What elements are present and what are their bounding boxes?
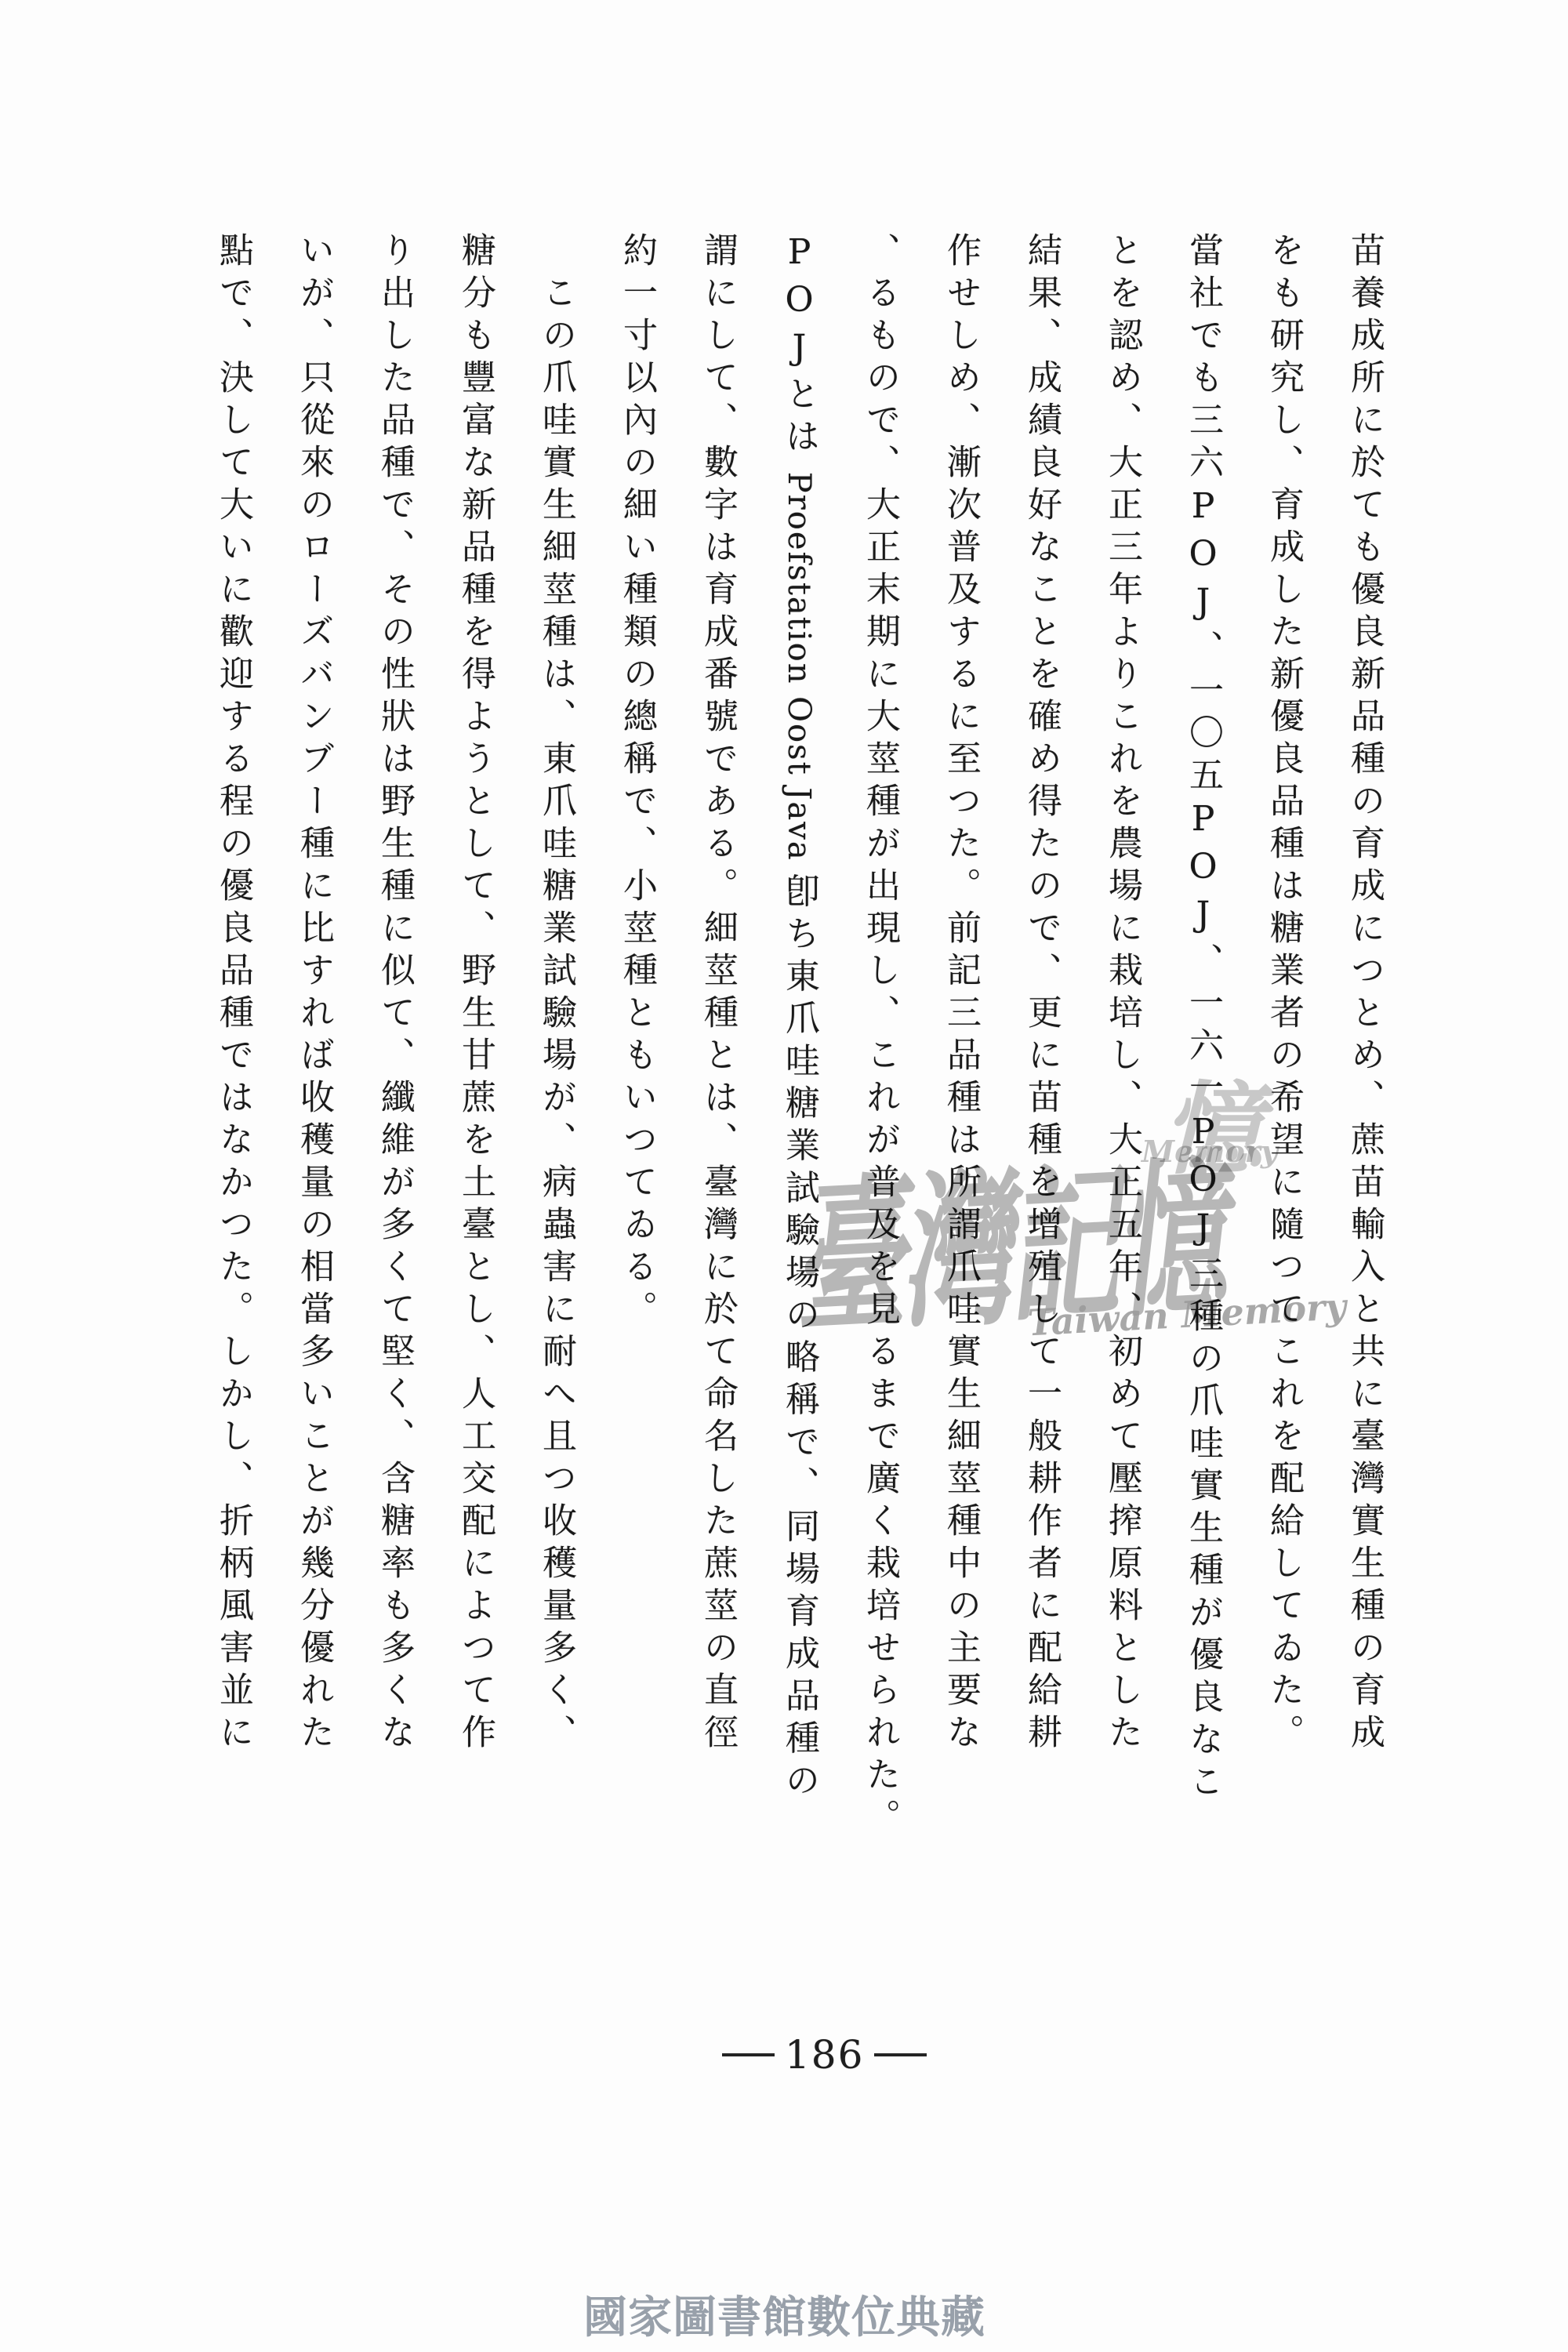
text-run: り出した品種で、その性狀は野生種に似て、纖維が多くて堅く、含糖率も多くな xyxy=(375,232,415,1756)
scanned-document-page: 苗養成所に於ても優良新品種の育成につとめ、蔗苗輸入と共に臺灣實生種の育成をも研究… xyxy=(0,0,1568,2352)
text-run: POJ xyxy=(1183,799,1223,942)
page-number-rule-left xyxy=(722,2053,775,2056)
page-number: 186 xyxy=(785,2035,864,2074)
library-footer-label: 國家圖書館數位典藏 xyxy=(583,2283,985,2346)
text-run: 糖分も豐富な新品種を得ようとして、野生甘蔗を土臺とし、人工交配によつて作 xyxy=(456,232,495,1756)
text-run: いが、只從來のローズバンブー種に比すれば收穫量の相當多いことが幾分優れた xyxy=(294,232,334,1756)
text-run: 點で、決して大いに歡迎する程の優良品種ではなかつた。しかし、折柄風害並に xyxy=(213,232,253,1756)
text-column-11: この爪哇實生細莖種は、東爪哇糖業試驗場が、病蟲害に耐へ且つ收穫量多く、 xyxy=(516,232,597,1847)
text-run: 謂にして、數字は育成番號である。細莖種とは、臺灣に於て命名した蔗莖の直徑 xyxy=(698,232,738,1756)
text-column-5: 結果、成績良好なことを確め得たので、更に苗種を增殖して一般耕作者に配給耕 xyxy=(1001,232,1082,1847)
latin-run: Proefstation Oost Java xyxy=(781,460,817,873)
text-column-9: 謂にして、數字は育成番號である。細莖種とは、臺灣に於て命名した蔗莖の直徑 xyxy=(677,232,758,1847)
text-column-8: POJとは Proefstation Oost Java 卽ち東爪哇糖業試驗場の… xyxy=(758,232,840,1847)
text-column-4: とを認め、大正三年よりこれを農場に栽培し、大正五年、初めて壓搾原料とした xyxy=(1082,232,1163,1847)
text-run: POJ xyxy=(1183,486,1223,630)
text-run: とは xyxy=(779,376,819,460)
text-run: 三種の爪哇實生種が優良なこ xyxy=(1183,1255,1223,1806)
text-run: POJ xyxy=(779,232,819,376)
text-column-10: 約一寸以內の細い種類の總稱で、小莖種ともいつてゐる。 xyxy=(597,232,677,1847)
page-number-row: 186 xyxy=(722,2035,927,2074)
text-run: をも研究し、育成した新優良品種は糖業者の希望に隨つてこれを配給してゐた。 xyxy=(1264,232,1304,1756)
text-column-2: をも研究し、育成した新優良品種は糖業者の希望に隨つてこれを配給してゐた。 xyxy=(1243,232,1324,1847)
text-column-13: り出した品種で、その性狀は野生種に似て、纖維が多くて堅く、含糖率も多くな xyxy=(354,232,435,1847)
text-column-15: 點で、決して大いに歡迎する程の優良品種ではなかつた。しかし、折柄風害並に xyxy=(193,232,274,1847)
text-run: 苗養成所に於ても優良新品種の育成につとめ、蔗苗輸入と共に臺灣實生種の育成 xyxy=(1345,232,1385,1756)
text-column-1: 苗養成所に於ても優良新品種の育成につとめ、蔗苗輸入と共に臺灣實生種の育成 xyxy=(1324,232,1405,1847)
page-number-rule-right xyxy=(874,2053,927,2056)
text-run: POJ xyxy=(1183,1112,1223,1255)
text-run: 、一六一 xyxy=(1183,942,1223,1112)
text-run: 、るもので、大正末期に大莖種が出現し、これが普及を見るまで廣く栽培せられた。 xyxy=(860,232,900,1841)
text-run: とを認め、大正三年よりこれを農場に栽培し、大正五年、初めて壓搾原料とした xyxy=(1102,232,1142,1756)
text-run: 約一寸以內の細い種類の總稱で、小莖種ともいつてゐる。 xyxy=(617,232,657,1333)
text-run: 結果、成績良好なことを確め得たので、更に苗種を增殖して一般耕作者に配給耕 xyxy=(1022,232,1062,1756)
text-run: 卽ち東爪哇糖業試驗場の略稱で、同場育成品種の xyxy=(779,873,819,1804)
text-column-6: 作せしめ、漸次普及するに至つた。前記三品種は所謂爪哇實生細莖種中の主要な xyxy=(920,232,1001,1847)
text-column-3: 當社でも三六POJ、一〇五POJ、一六一POJ三種の爪哇實生種が優良なこ xyxy=(1163,232,1243,1847)
text-run: 作せしめ、漸次普及するに至つた。前記三品種は所謂爪哇實生細莖種中の主要な xyxy=(941,232,981,1756)
vertical-body-text: 苗養成所に於ても優良新品種の育成につとめ、蔗苗輸入と共に臺灣實生種の育成をも研究… xyxy=(193,232,1405,1847)
text-column-14: いが、只從來のローズバンブー種に比すれば收穫量の相當多いことが幾分優れた xyxy=(274,232,354,1847)
text-column-7: 、るもので、大正末期に大莖種が出現し、これが普及を見るまで廣く栽培せられた。 xyxy=(840,232,920,1847)
text-run: 當社でも三六 xyxy=(1183,232,1223,486)
text-column-12: 糖分も豐富な新品種を得ようとして、野生甘蔗を土臺とし、人工交配によつて作 xyxy=(435,232,516,1847)
text-run: この爪哇實生細莖種は、東爪哇糖業試驗場が、病蟲害に耐へ且つ收穫量多く、 xyxy=(536,232,576,1756)
text-run: 、一〇五 xyxy=(1183,630,1223,799)
